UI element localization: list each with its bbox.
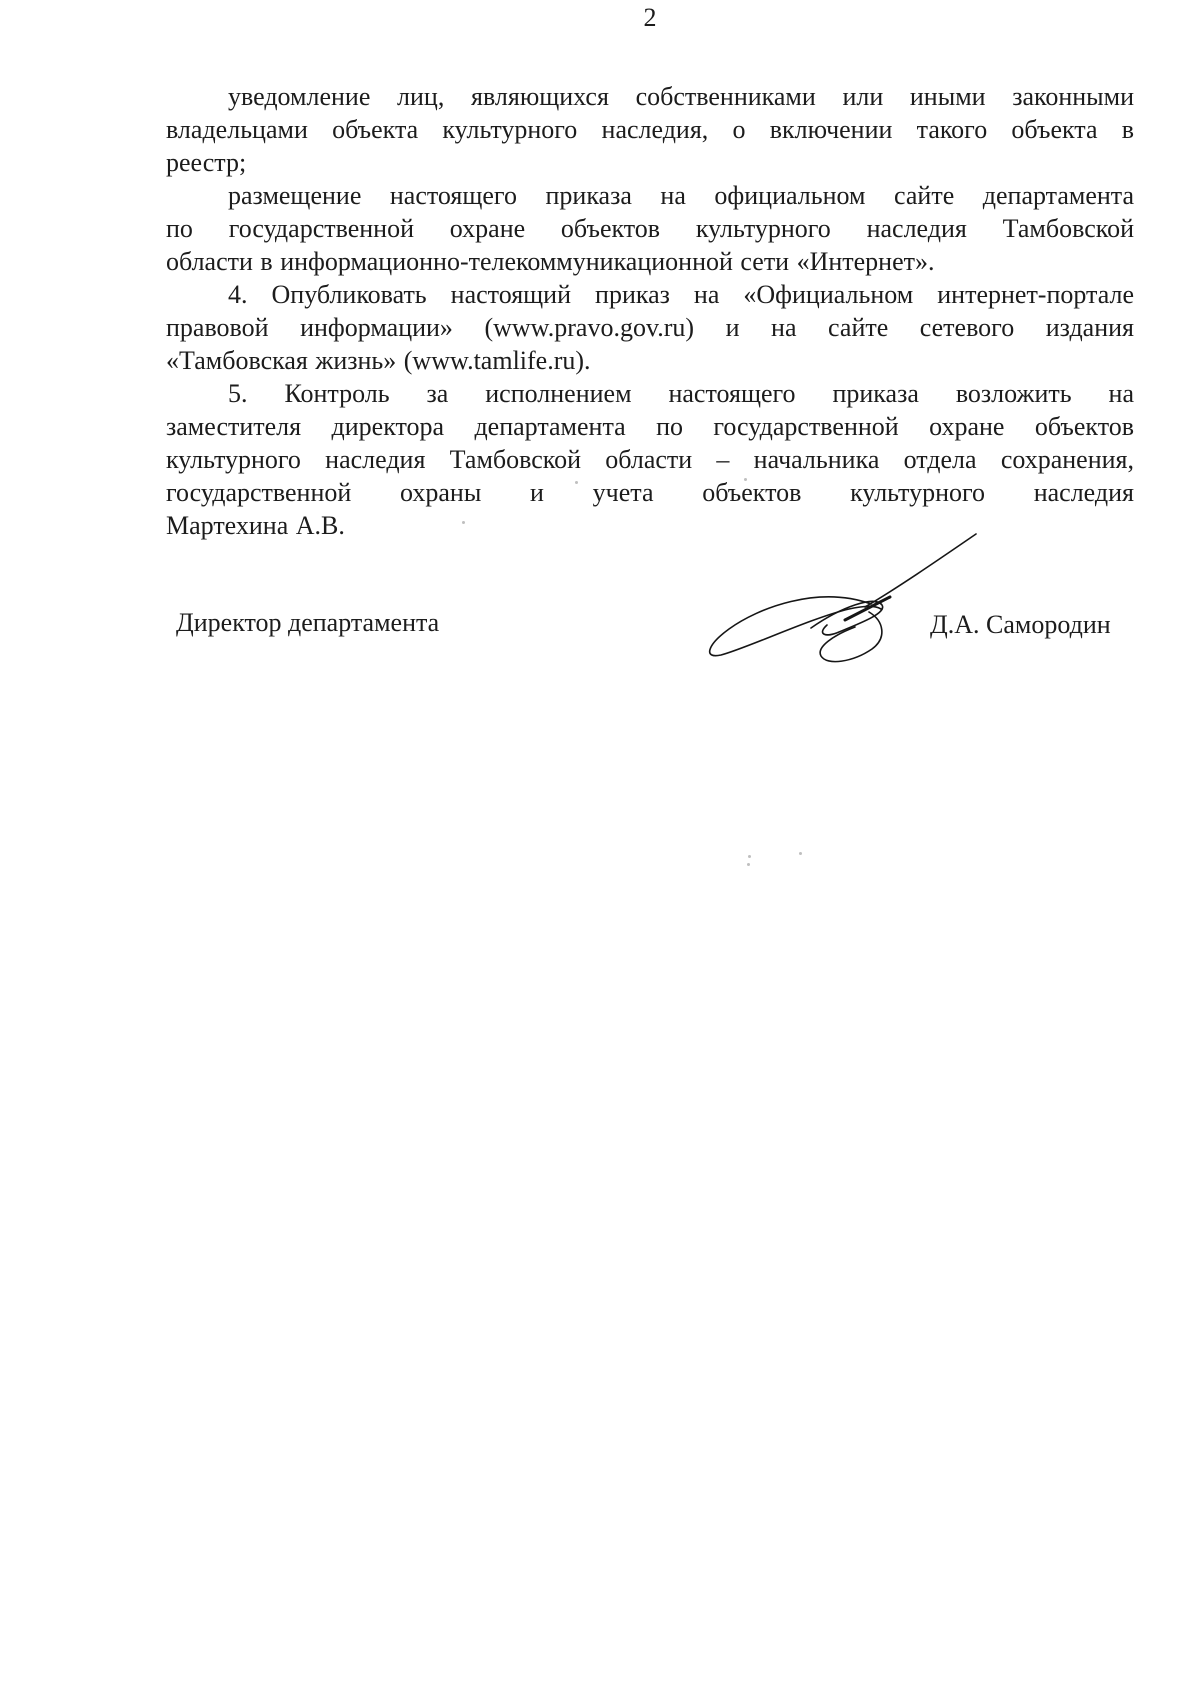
text-line: владельцами объекта культурного наследия… xyxy=(166,113,1134,146)
signature-scribble-icon xyxy=(693,528,983,663)
text-line: реестр; xyxy=(166,146,1134,179)
scan-speck xyxy=(799,852,802,855)
text-line: размещение настоящего приказа на официал… xyxy=(166,179,1134,212)
scan-speck xyxy=(748,855,751,858)
document-body: уведомление лиц, являющихся собственника… xyxy=(166,80,1134,542)
page-number: 2 xyxy=(560,3,740,33)
text-line: «Тамбовская жизнь» (www.tamlife.ru). xyxy=(166,344,1134,377)
text-line: по государственной охране объектов культ… xyxy=(166,212,1134,245)
scan-speck xyxy=(575,481,578,484)
text-line: культурного наследия Тамбовской области … xyxy=(166,443,1134,476)
text-line: 4. Опубликовать настоящий приказ на «Офи… xyxy=(166,278,1134,311)
text-line: заместителя директора департамента по го… xyxy=(166,410,1134,443)
text-line: государственной охраны и учета объектов … xyxy=(166,476,1134,509)
signatory-role-label: Директор департамента xyxy=(176,608,439,638)
text-line: области в информационно-телекоммуникацио… xyxy=(166,245,1134,278)
text-line: правовой информации» (www.pravo.gov.ru) … xyxy=(166,311,1134,344)
text-line: уведомление лиц, являющихся собственника… xyxy=(166,80,1134,113)
signatory-name: Д.А. Самородин xyxy=(930,610,1111,640)
scan-speck xyxy=(747,863,750,866)
scan-speck xyxy=(462,521,465,524)
scan-speck xyxy=(744,478,747,481)
text-line: Мартехина А.В. xyxy=(166,509,1134,542)
document-page: { "page": { "number": "2" }, "body": { "… xyxy=(0,0,1200,1694)
text-line: 5. Контроль за исполнением настоящего пр… xyxy=(166,377,1134,410)
